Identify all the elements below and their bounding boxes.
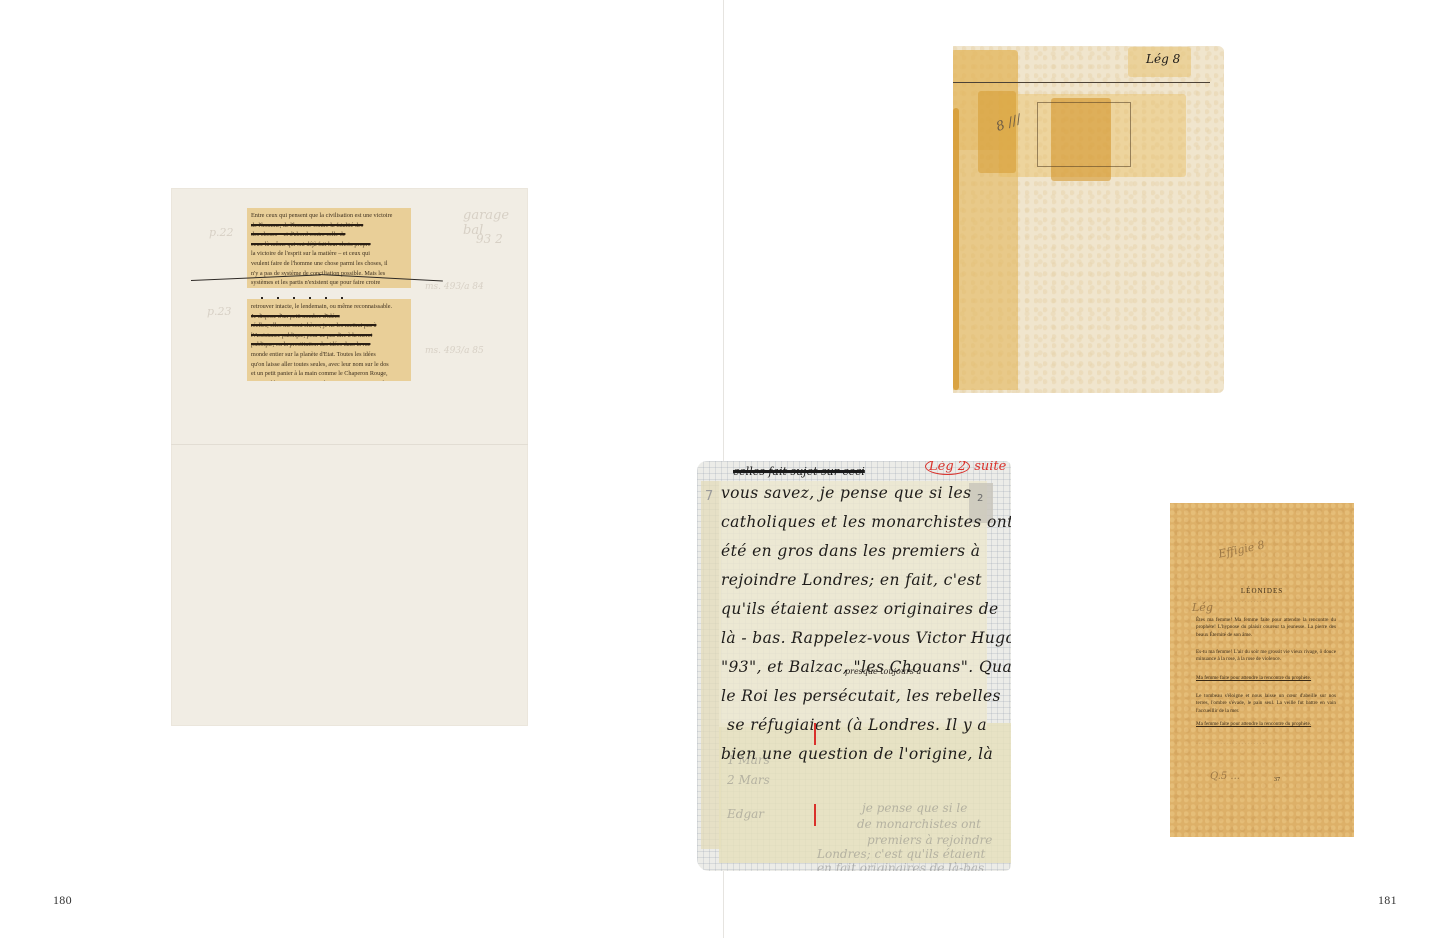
- paragraph: Êtes ma femme! Ma femme faite pour atten…: [1196, 617, 1336, 639]
- handwritten-line: vous savez, je pense que si les: [721, 479, 991, 508]
- clipping-line-struck: des choses – et d'abord contre celle de: [251, 230, 407, 240]
- printed-page-number: 37: [1274, 777, 1280, 783]
- pencil-note: ms. 493/a 84: [425, 282, 484, 292]
- paragraph: Le tombeau s'éloigne et nous laisse un c…: [1196, 693, 1336, 715]
- struck-header: celles fait sujet sur ceci: [733, 465, 865, 478]
- faded-line: je pense que si le: [862, 801, 967, 815]
- faded-line: premiers à rejoindre: [867, 833, 992, 847]
- paragraph: Ma femme faite pour attendre la rencontr…: [1196, 721, 1336, 728]
- clipping-line: la victoire de l'esprit sur la matière –…: [251, 249, 407, 259]
- tracing-paper-overlay: [701, 481, 721, 849]
- pencil-note: 93 2: [476, 232, 503, 246]
- ruled-line: [953, 82, 1210, 83]
- handwritten-line: qu'ils étaient assez originaires de: [721, 595, 991, 624]
- clipping-line: systèmes et les partis n'existent que po…: [251, 278, 407, 288]
- clipping-line-struck: réelles, elles me sont chères, je ne les…: [251, 321, 407, 331]
- paragraph: Ma femme faite pour attendre la rencontr…: [1196, 675, 1336, 682]
- faded-line: en fait originaires de là-bas: [817, 861, 984, 871]
- handwritten-text: vous savez, je pense que si les catholiq…: [721, 479, 991, 769]
- pencil-note: ms. 493/a 85: [425, 346, 484, 356]
- pencil-frame: [1037, 102, 1131, 167]
- printed-book-page: Effigie 8 Lég LÉONIDES · · · · · · · · ·…: [1170, 503, 1354, 837]
- page-number-right: 181: [1378, 893, 1397, 908]
- clipping-line: qu'on laisse aller toutes seules, avec l…: [251, 360, 407, 370]
- newspaper-clipping-2: retrouver intacte, le lendemain, ou même…: [247, 299, 411, 381]
- paper-fold: [171, 444, 528, 445]
- faded-line: 2 Mars: [727, 773, 770, 787]
- taped-card-sheet: Lég 8 8 ///: [953, 46, 1224, 393]
- red-margin-mark: [814, 723, 816, 745]
- faded-line: de monarchistes ont: [857, 817, 981, 831]
- clipping-line-struck: de l'homme, de l'homme contre la fatalit…: [251, 221, 407, 231]
- red-annotation: Lég 2 suite: [925, 461, 1006, 474]
- paragraph: Es-tu ma femme! L'air du soir me grossit…: [1196, 649, 1336, 664]
- faded-line: 1 Mars: [727, 753, 770, 767]
- margin-number: 7: [705, 489, 713, 504]
- page-number-left: 180: [53, 893, 72, 908]
- clipping-line: Entre ceux qui pensent que la civilisati…: [251, 211, 407, 221]
- clipping-line-struck: ceux-là même qui ont déjà fait leur choi…: [251, 240, 407, 250]
- faded-line: Londres; c'est qu'ils étaient: [817, 847, 985, 861]
- pencil-note: Q.5 ...: [1210, 771, 1240, 782]
- tape-strip: [953, 108, 959, 390]
- handwritten-line: se réfugiaient (à Londres. Il y a: [721, 711, 991, 740]
- red-margin-mark: [814, 804, 816, 826]
- tape-strip: [978, 91, 1016, 173]
- handwritten-line: catholiques et les monarchistes ont: [721, 508, 991, 537]
- faded-paragraph: · · · · · · · · · · · · · · · · · · · · …: [1196, 599, 1336, 606]
- book-spread: Entre ceux qui pensent que la civilisati…: [0, 0, 1445, 938]
- clipping-line: et un petit panier à la main comme le Ch…: [251, 369, 407, 379]
- pencil-note: p.22: [209, 226, 234, 239]
- clipping-line: retrouver intacte, le lendemain, ou même…: [251, 302, 407, 312]
- torn-text-remnant: [261, 289, 381, 295]
- clipping-line: monde entier sur la planète d'Etat. Tout…: [251, 350, 407, 360]
- faded-paragraph: · · · · · · · · · · · · · · · · · · · · …: [1196, 741, 1336, 748]
- clipping-line-struck: publique, ou la prostitution des idées d…: [251, 340, 407, 350]
- clipping-line: sont violées au premier coin de rue par …: [251, 379, 407, 381]
- clipping-line: veulent faire de l'homme une chose parmi…: [251, 259, 407, 269]
- pasteup-sheet: Entre ceux qui pensent que la civilisati…: [171, 188, 528, 726]
- pencil-note: Effigie 8: [1217, 538, 1266, 560]
- clipping-line-struck: l'Assistance publique, pour ne pas dire …: [251, 331, 407, 341]
- handwritten-line: le Roi les persécutait, les rebelles: [721, 682, 991, 711]
- handwritten-manuscript: 2 7 celles fait sujet sur ceci Lég 2 sui…: [697, 461, 1011, 871]
- handwritten-line: là - bas. Rappelez-vous Victor Hugo,: [721, 624, 991, 653]
- red-circled-label: Lég 2: [925, 461, 970, 475]
- handwritten-line: été en gros dans les premiers à: [721, 537, 991, 566]
- handwritten-insertion: presque toujours à: [845, 667, 921, 676]
- clipping-line-struck: Je dispose d'un petit nombre d'idées: [251, 312, 407, 322]
- pencil-note: p.23: [207, 305, 232, 318]
- handwritten-line: rejoindre Londres; en fait, c'est: [721, 566, 991, 595]
- card-label: Lég 8: [1146, 52, 1180, 66]
- faded-line: Edgar: [727, 807, 764, 821]
- red-suffix: suite: [974, 461, 1006, 474]
- page-title: LÉONIDES: [1170, 587, 1354, 595]
